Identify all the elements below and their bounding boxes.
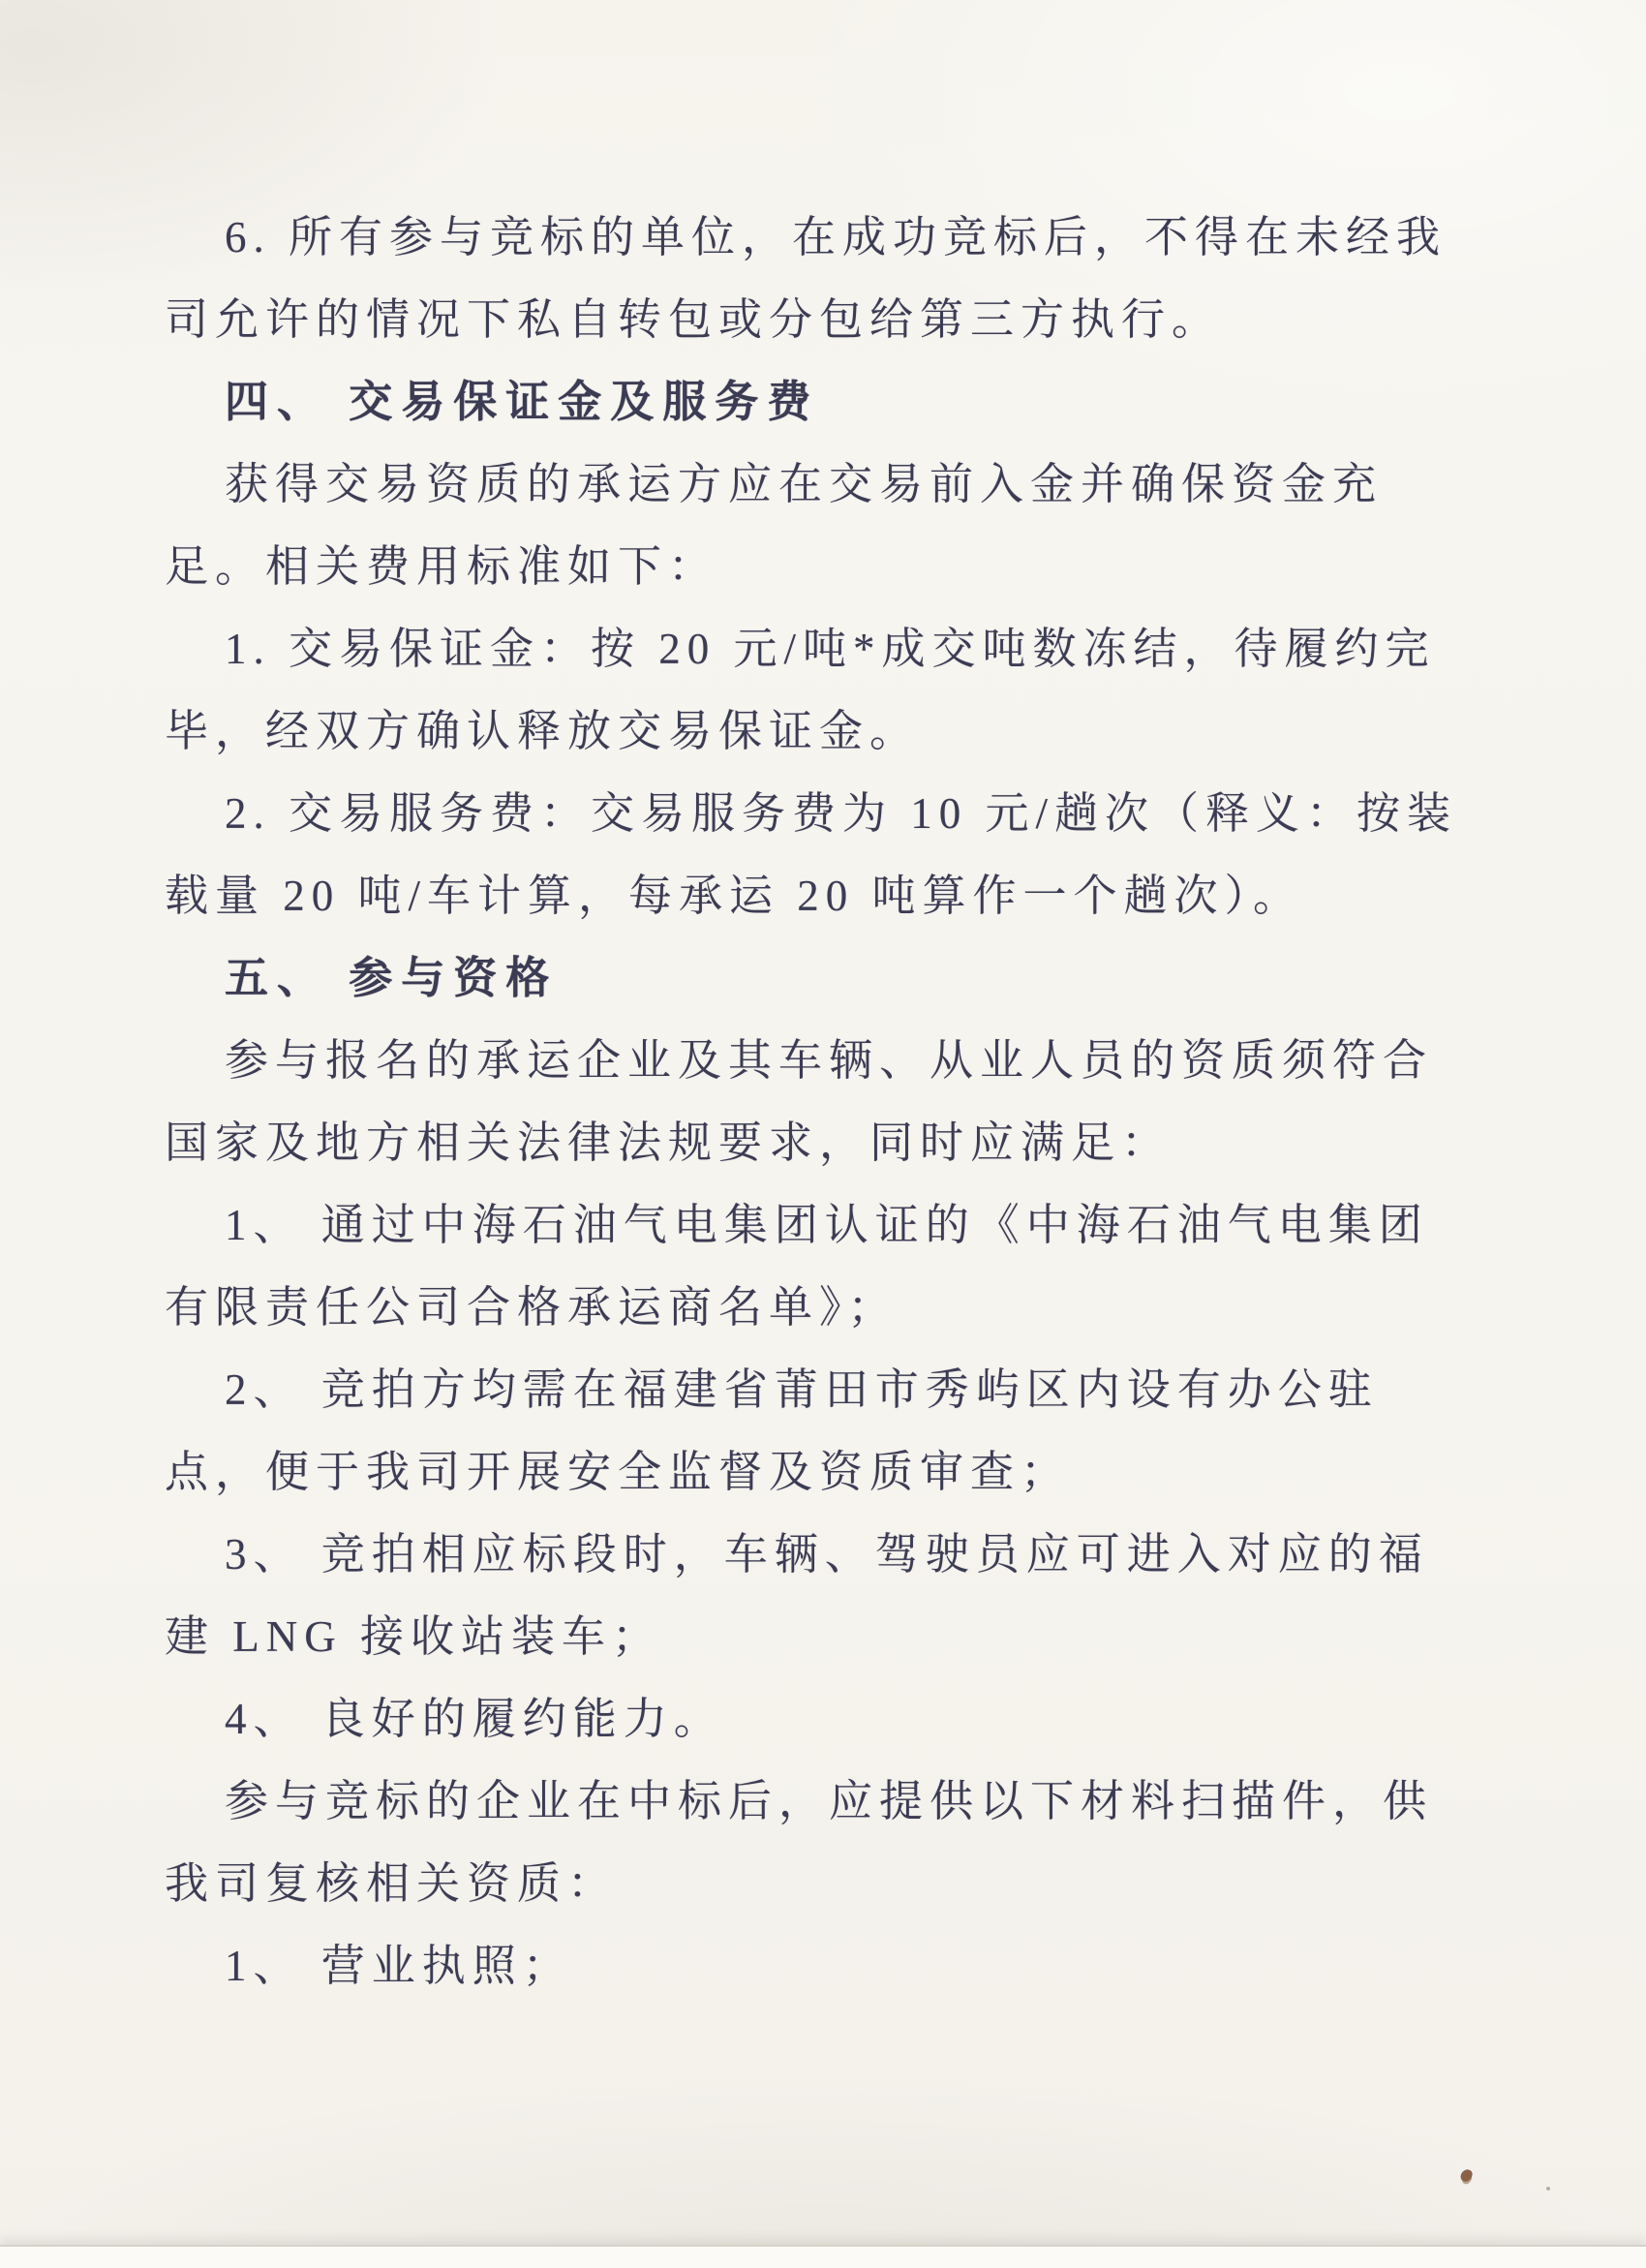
document-line: 有限责任公司合格承运商名单》； [165,1267,1489,1349]
document-line: 司允许的情况下私自转包或分包给第三方执行。 [165,279,1489,361]
paper-speck [1459,2167,1474,2183]
scanned-document-page: 6. 所有参与竞标的单位，在成功竞标后，不得在未经我司允许的情况下私自转包或分包… [0,0,1646,2268]
document-line: 3、 竞拍相应标段时，车辆、驾驶员应可进入对应的福 [165,1514,1489,1596]
paper-dot [1546,2187,1550,2191]
document-line: 我司复核相关资质： [165,1843,1489,1925]
document-line: 2、 竞拍方均需在福建省莆田市秀屿区内设有办公驻 [165,1349,1489,1431]
section-heading: 五、 参与资格 [165,937,1489,1020]
document-line: 1. 交易保证金：按 20 元/吨*成交吨数冻结，待履约完 [165,608,1489,690]
document-line: 4、 良好的履约能力。 [165,1678,1489,1761]
document-line: 足。相关费用标准如下： [165,526,1489,608]
document-line: 参与竞标的企业在中标后，应提供以下材料扫描件，供 [165,1761,1489,1843]
scan-edge-shadow [0,2245,1646,2268]
document-line: 6. 所有参与竞标的单位，在成功竞标后，不得在未经我 [165,197,1489,279]
document-lines: 6. 所有参与竞标的单位，在成功竞标后，不得在未经我司允许的情况下私自转包或分包… [165,197,1489,2007]
document-line: 载量 20 吨/车计算，每承运 20 吨算作一个趟次）。 [165,855,1489,937]
section-heading: 四、 交易保证金及服务费 [165,361,1489,444]
document-line: 1、 营业执照； [165,1925,1489,2007]
document-line: 1、 通过中海石油气电集团认证的《中海石油气电集团 [165,1184,1489,1267]
document-line: 2. 交易服务费：交易服务费为 10 元/趟次（释义：按装 [165,773,1489,855]
document-line: 获得交易资质的承运方应在交易前入金并确保资金充 [165,444,1489,526]
document-line: 参与报名的承运企业及其车辆、从业人员的资质须符合 [165,1020,1489,1102]
document-line: 毕，经双方确认释放交易保证金。 [165,690,1489,773]
document-line: 点，便于我司开展安全监督及资质审查； [165,1431,1489,1514]
document-line: 国家及地方相关法律法规要求，同时应满足： [165,1102,1489,1184]
document-line: 建 LNG 接收站装车； [165,1596,1489,1678]
